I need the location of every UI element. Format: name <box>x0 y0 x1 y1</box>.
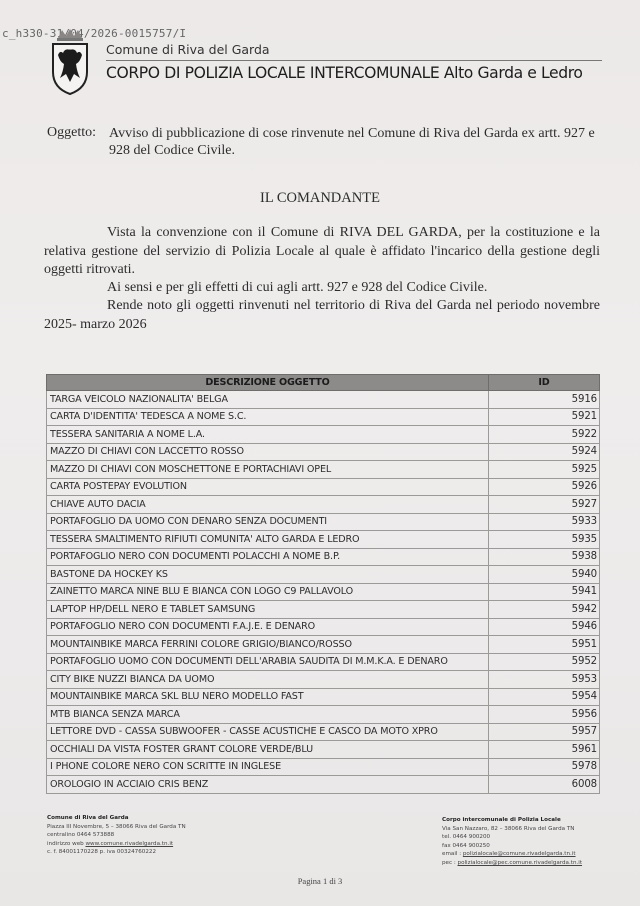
table-row: I PHONE COLORE NERO CON SCRITTE IN INGLE… <box>47 758 600 776</box>
item-description: BASTONE DA HOCKEY KS <box>47 566 489 584</box>
item-id: 5935 <box>489 531 600 549</box>
table-row: OCCHIALI DA VISTA FOSTER GRANT COLORE VE… <box>47 741 600 759</box>
item-description: MAZZO DI CHIAVI CON MOSCHETTONE E PORTAC… <box>47 461 489 479</box>
subject-text: Avviso di pubblicazione di cose rinvenut… <box>109 125 599 159</box>
table-row: CARTA POSTEPAY EVOLUTION5926 <box>47 478 600 496</box>
table-row: MOUNTAINBIKE MARCA FERRINI COLORE GRIGIO… <box>47 636 600 654</box>
header-divider <box>106 60 602 61</box>
table-row: CHIAVE AUTO DACIA5927 <box>47 496 600 514</box>
item-description: MOUNTAINBIKE MARCA FERRINI COLORE GRIGIO… <box>47 636 489 654</box>
item-description: MAZZO DI CHIAVI CON LACCETTO ROSSO <box>47 443 489 461</box>
item-id: 5953 <box>489 671 600 689</box>
paragraph-convention: Vista la convenzione con il Comune di RI… <box>44 224 600 280</box>
table-row: PORTAFOGLIO NERO CON DOCUMENTI POLACCHI … <box>47 548 600 566</box>
item-description: CARTA D'IDENTITA' TEDESCA A NOME S.C. <box>47 408 489 426</box>
column-header-description: DESCRIZIONE OGGETTO <box>47 375 489 391</box>
item-id: 5942 <box>489 601 600 619</box>
table-row: ZAINETTO MARCA NINE BLU E BIANCA CON LOG… <box>47 583 600 601</box>
item-description: CHIAVE AUTO DACIA <box>47 496 489 514</box>
subject-label: Oggetto: <box>47 125 96 141</box>
item-id: 5954 <box>489 688 600 706</box>
footer-municipality-phone: centralino 0464 573888 <box>47 831 186 840</box>
column-header-id: ID <box>489 375 600 391</box>
table-row: TESSERA SMALTIMENTO RIFIUTI COMUNITA' AL… <box>47 531 600 549</box>
table-row: TESSERA SANITARIA A NOME L.A.5922 <box>47 426 600 444</box>
table-row: CITY BIKE NUZZI BIANCA DA UOMO5953 <box>47 671 600 689</box>
item-id: 5956 <box>489 706 600 724</box>
footer-police-fax: fax 0464 900250 <box>442 842 582 851</box>
table-row: OROLOGIO IN ACCIAIO CRIS BENZ6008 <box>47 776 600 794</box>
table-body: TARGA VEICOLO NAZIONALITA' BELGA5916CART… <box>47 391 600 794</box>
table-row: CARTA D'IDENTITA' TEDESCA A NOME S.C.592… <box>47 408 600 426</box>
found-items-table: DESCRIZIONE OGGETTO ID TARGA VEICOLO NAZ… <box>46 374 600 794</box>
item-id: 5957 <box>489 723 600 741</box>
footer-police-name: Corpo intercomunale di Polizia Locale <box>442 817 561 823</box>
footer-municipality: Comune di Riva del Garda Piazza III Nove… <box>47 814 186 857</box>
table-row: BASTONE DA HOCKEY KS5940 <box>47 566 600 584</box>
item-description: OCCHIALI DA VISTA FOSTER GRANT COLORE VE… <box>47 741 489 759</box>
item-id: 5926 <box>489 478 600 496</box>
item-id: 5938 <box>489 548 600 566</box>
item-description: LETTORE DVD - CASSA SUBWOOFER - CASSE AC… <box>47 723 489 741</box>
item-id: 5921 <box>489 408 600 426</box>
item-id: 5941 <box>489 583 600 601</box>
item-description: TARGA VEICOLO NAZIONALITA' BELGA <box>47 391 489 409</box>
item-description: TESSERA SANITARIA A NOME L.A. <box>47 426 489 444</box>
coat-of-arms-icon <box>50 28 90 96</box>
item-description: PORTAFOGLIO NERO CON DOCUMENTI F.A.J.E. … <box>47 618 489 636</box>
table-row: LAPTOP HP/DELL NERO E TABLET SAMSUNG5942 <box>47 601 600 619</box>
table-row: PORTAFOGLIO DA UOMO CON DENARO SENZA DOC… <box>47 513 600 531</box>
page-number: Pagina 1 di 3 <box>0 876 640 886</box>
item-id: 5925 <box>489 461 600 479</box>
item-description: PORTAFOGLIO DA UOMO CON DENARO SENZA DOC… <box>47 513 489 531</box>
footer-web-link[interactable]: www.comune.rivadelgarda.tn.it <box>85 841 173 847</box>
item-id: 5946 <box>489 618 600 636</box>
item-description: CITY BIKE NUZZI BIANCA DA UOMO <box>47 671 489 689</box>
item-description: PORTAFOGLIO UOMO CON DOCUMENTI DELL'ARAB… <box>47 653 489 671</box>
table-row: MAZZO DI CHIAVI CON LACCETTO ROSSO5924 <box>47 443 600 461</box>
footer-police: Corpo intercomunale di Polizia Locale Vi… <box>442 816 582 868</box>
item-id: 5951 <box>489 636 600 654</box>
item-id: 6008 <box>489 776 600 794</box>
item-description: PORTAFOGLIO NERO CON DOCUMENTI POLACCHI … <box>47 548 489 566</box>
item-id: 5927 <box>489 496 600 514</box>
item-description: OROLOGIO IN ACCIAIO CRIS BENZ <box>47 776 489 794</box>
footer-web-label: indirizzo web <box>47 841 84 847</box>
footer-police-tel: tel. 0464 900200 <box>442 833 582 842</box>
item-id: 5922 <box>489 426 600 444</box>
footer-tax-codes: c. f. 84001170228 p. iva 00324760222 <box>47 848 186 857</box>
item-description: LAPTOP HP/DELL NERO E TABLET SAMSUNG <box>47 601 489 619</box>
footer-municipality-address: Piazza III Novembre, 5 – 38066 Riva del … <box>47 823 186 832</box>
footer-municipality-name: Comune di Riva del Garda <box>47 815 129 821</box>
footer-police-address: Via San Nazzaro, 82 – 38066 Riva del Gar… <box>442 825 582 834</box>
municipality-name: Comune di Riva del Garda <box>106 42 270 57</box>
item-description: MTB BIANCA SENZA MARCA <box>47 706 489 724</box>
item-id: 5978 <box>489 758 600 776</box>
item-description: TESSERA SMALTIMENTO RIFIUTI COMUNITA' AL… <box>47 531 489 549</box>
table-row: PORTAFOGLIO UOMO CON DOCUMENTI DELL'ARAB… <box>47 653 600 671</box>
footer-email-link[interactable]: polizialocale@comune.rivadelgarda.tn.it <box>463 851 576 857</box>
protocol-stamp: c_h330-31/04/2026-0015757/I <box>2 27 186 40</box>
item-id: 5952 <box>489 653 600 671</box>
footer-pec-link[interactable]: polizialocale@pec.comune.rivadelgarda.tn… <box>458 860 583 866</box>
table-row: MOUNTAINBIKE MARCA SKL BLU NERO MODELLO … <box>47 688 600 706</box>
item-id: 5940 <box>489 566 600 584</box>
item-description: CARTA POSTEPAY EVOLUTION <box>47 478 489 496</box>
footer-pec-label: pec : <box>442 860 456 866</box>
item-id: 5933 <box>489 513 600 531</box>
item-description: I PHONE COLORE NERO CON SCRITTE IN INGLE… <box>47 758 489 776</box>
item-description: MOUNTAINBIKE MARCA SKL BLU NERO MODELLO … <box>47 688 489 706</box>
item-description: ZAINETTO MARCA NINE BLU E BIANCA CON LOG… <box>47 583 489 601</box>
item-id: 5916 <box>489 391 600 409</box>
table-row: TARGA VEICOLO NAZIONALITA' BELGA5916 <box>47 391 600 409</box>
item-id: 5961 <box>489 741 600 759</box>
item-id: 5924 <box>489 443 600 461</box>
office-name: CORPO DI POLIZIA LOCALE INTERCOMUNALE Al… <box>106 64 583 82</box>
paragraph-notice: Rende noto gli oggetti rinvenuti nel ter… <box>44 297 600 334</box>
table-row: MTB BIANCA SENZA MARCA5956 <box>47 706 600 724</box>
table-row: LETTORE DVD - CASSA SUBWOOFER - CASSE AC… <box>47 723 600 741</box>
table-header-row: DESCRIZIONE OGGETTO ID <box>47 375 600 391</box>
table-row: PORTAFOGLIO NERO CON DOCUMENTI F.A.J.E. … <box>47 618 600 636</box>
document-title: IL COMANDANTE <box>0 190 640 207</box>
table-row: MAZZO DI CHIAVI CON MOSCHETTONE E PORTAC… <box>47 461 600 479</box>
paragraph-legal-basis: Ai sensi e per gli effetti di cui agli a… <box>44 279 600 298</box>
footer-email-label: email : <box>442 851 461 857</box>
